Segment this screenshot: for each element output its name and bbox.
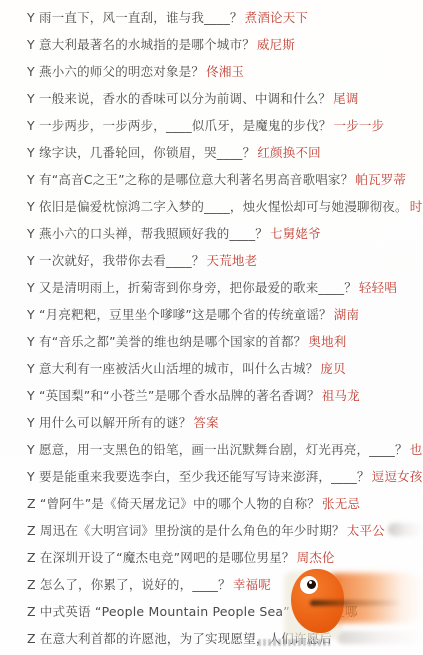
answer-text: 湖南	[334, 305, 359, 323]
answer-text: 时节	[410, 197, 423, 215]
question-text: Y 一般来说，香水的香味可以分为前调、中调和什么？	[27, 89, 331, 107]
answer-text: 也抱住你	[410, 440, 423, 458]
question-text: Y 一次就好，我带你去看____？	[27, 251, 205, 269]
question-text: Y 愿意，用一支黑色的铅笔，画一出沉默舞台剧，灯光再亮，____？	[27, 440, 408, 458]
question-text: Z 周迅在《大明宫词》里扮演的是什么角色的年少时期？	[27, 521, 345, 539]
answer-text: 张无忌	[322, 494, 360, 512]
question-text: Y 有“音乐之都”美誉的维也纳是哪个国家的首都？	[27, 332, 306, 350]
question-text: Z 中式英语 “People Mountain People Sea” 的意思是…	[27, 602, 358, 620]
answer-text: 周杰伦	[297, 548, 335, 566]
question-text: Z 怎么了，你累了，说好的，____？	[27, 575, 231, 593]
answer-text: 佟湘玉	[206, 62, 244, 80]
quiz-row: Z 周迅在《大明宫词》里扮演的是什么角色的年少时期？太平公	[27, 516, 423, 543]
question-text: Y 意大利最著名的水城指的是哪个城市？	[27, 35, 255, 53]
answer-text: 祖马龙	[322, 386, 360, 404]
question-text: Y 一步两步，一步两步，____似爪牙，是魔鬼的步伐？	[27, 116, 332, 134]
answer-text: 红颜换不回	[257, 143, 321, 161]
question-text: Y 缘字诀，几番轮回，你锁眉，哭____？	[27, 143, 255, 161]
quiz-row: Y 一次就好，我带你去看____？天荒地老	[27, 246, 423, 273]
quiz-row: Y 有“音乐之都”美誉的维也纳是哪个国家的首都？奥地利	[27, 327, 423, 354]
quiz-row: Y 愿意，用一支黑色的铅笔，画一出沉默舞台剧，灯光再亮，____？也抱住你	[27, 435, 423, 462]
quiz-page: Y 雨一直下，风一直刮，谁与我____？煮酒论天下 Y 意大利最著名的水城指的是…	[0, 0, 423, 655]
censored-blur	[337, 631, 423, 644]
quiz-row: Z 中式英语 “People Mountain People Sea” 的意思是…	[27, 597, 423, 624]
quiz-row: Z 在意大利首都的许愿池，为了实现愿望，人们许愿后	[27, 624, 423, 651]
question-text: Y 有“高音C之王”之称的是哪位意大利著名男高音歌唱家？	[27, 170, 353, 188]
answer-text: 庞贝	[320, 359, 345, 377]
question-list: Y 雨一直下，风一直刮，谁与我____？煮酒论天下 Y 意大利最著名的水城指的是…	[0, 0, 423, 651]
quiz-row: Y 一步两步，一步两步，____似爪牙，是魔鬼的步伐？一步一步	[27, 111, 423, 138]
quiz-row: Y 有“高音C之王”之称的是哪位意大利著名男高音歌唱家？帕瓦罗蒂	[27, 165, 423, 192]
answer-text: 逗逗女孩	[372, 467, 423, 485]
quiz-row: Z 怎么了，你累了，说好的，____？幸福呢	[27, 570, 423, 597]
answer-text: 天荒地老	[207, 251, 258, 269]
quiz-row: Y “英国梨”和“小苍兰”是哪个香水品牌的著名香调？祖马龙	[27, 381, 423, 408]
quiz-row: Y 雨一直下，风一直刮，谁与我____？煮酒论天下	[27, 3, 423, 30]
question-text: Y 意大利有一座被活火山活埋的城市，叫什么古城？	[27, 359, 318, 377]
answer-text: 一步一步	[334, 116, 385, 134]
question-text: Z “曾阿牛”是《倚天屠龙记》中的哪个人物的自称？	[27, 494, 320, 512]
question-text: Y 雨一直下，风一直刮，谁与我____？	[27, 8, 243, 26]
quiz-row: Y 又是清明雨上，折菊寄到你身旁，把你最爱的歌来____？轻轻唱	[27, 273, 423, 300]
quiz-row: Y 燕小六的口头禅，帮我照顾好我的____？七舅姥爷	[27, 219, 423, 246]
quiz-row: Y 一般来说，香水的香味可以分为前调、中调和什么？尾调	[27, 84, 423, 111]
quiz-row: Y 用什么可以解开所有的谜？答案	[27, 408, 423, 435]
question-text: Z 在意大利首都的许愿池，为了实现愿望，人们许愿后	[27, 629, 332, 647]
quiz-row: Y 意大利有一座被活火山活埋的城市，叫什么古城？庞贝	[27, 354, 423, 381]
answer-text: 七舅姥爷	[270, 224, 321, 242]
question-text: Y 又是清明雨上，折菊寄到你身旁，把你最爱的歌来____？	[27, 278, 357, 296]
answer-text: 奥地利	[308, 332, 346, 350]
answer-text: 尾调	[333, 89, 358, 107]
quiz-row: Y “月亮粑粑，豆里坐个嗲嗲”这是哪个省的传统童谣？湖南	[27, 300, 423, 327]
quiz-row: Y 意大利最著名的水城指的是哪个城市？威尼斯	[27, 30, 423, 57]
question-text: Y 燕小六的师父的明恋对象是？	[27, 62, 204, 80]
answer-text: 答案	[193, 413, 218, 431]
answer-text: 威尼斯	[257, 35, 295, 53]
question-text: Y “英国梨”和“小苍兰”是哪个香水品牌的著名香调？	[27, 386, 320, 404]
question-text: Y 用什么可以解开所有的谜？	[27, 413, 191, 431]
quiz-row: Y 要是能重来我要选李白，至少我还能写写诗来澎湃，____？逗逗女孩	[27, 462, 423, 489]
answer-text: 幸福呢	[233, 575, 271, 593]
quiz-row: Z “曾阿牛”是《倚天屠龙记》中的哪个人物的自称？张无忌	[27, 489, 423, 516]
quiz-row: Z 在深圳开设了“魔杰电竞”网吧的是哪位男星？周杰伦	[27, 543, 423, 570]
question-text: Z 在深圳开设了“魔杰电竞”网吧的是哪位男星？	[27, 548, 295, 566]
quiz-row: Y 燕小六的师父的明恋对象是？佟湘玉	[27, 57, 423, 84]
quiz-row: Y 缘字诀，几番轮回，你锁眉，哭____？红颜换不回	[27, 138, 423, 165]
question-text: Y “月亮粑粑，豆里坐个嗲嗲”这是哪个省的传统童谣？	[27, 305, 332, 323]
censored-blur	[388, 523, 423, 536]
answer-text: 太平公	[347, 521, 385, 539]
question-text: Y 要是能重来我要选李白，至少我还能写写诗来澎湃，____？	[27, 467, 370, 485]
answer-text: 帕瓦罗蒂	[355, 170, 406, 188]
question-text: Y 依旧是偏爱枕惊鸿二字入梦的____，烛火惺忪却可与她漫聊彻夜。	[27, 197, 408, 215]
question-text: Y 燕小六的口头禅，帮我照顾好我的____？	[27, 224, 268, 242]
answer-text: 煮酒论天下	[245, 8, 309, 26]
quiz-row: Y 依旧是偏爱枕惊鸿二字入梦的____，烛火惺忪却可与她漫聊彻夜。时节	[27, 192, 423, 219]
answer-text: 轻轻唱	[359, 278, 397, 296]
